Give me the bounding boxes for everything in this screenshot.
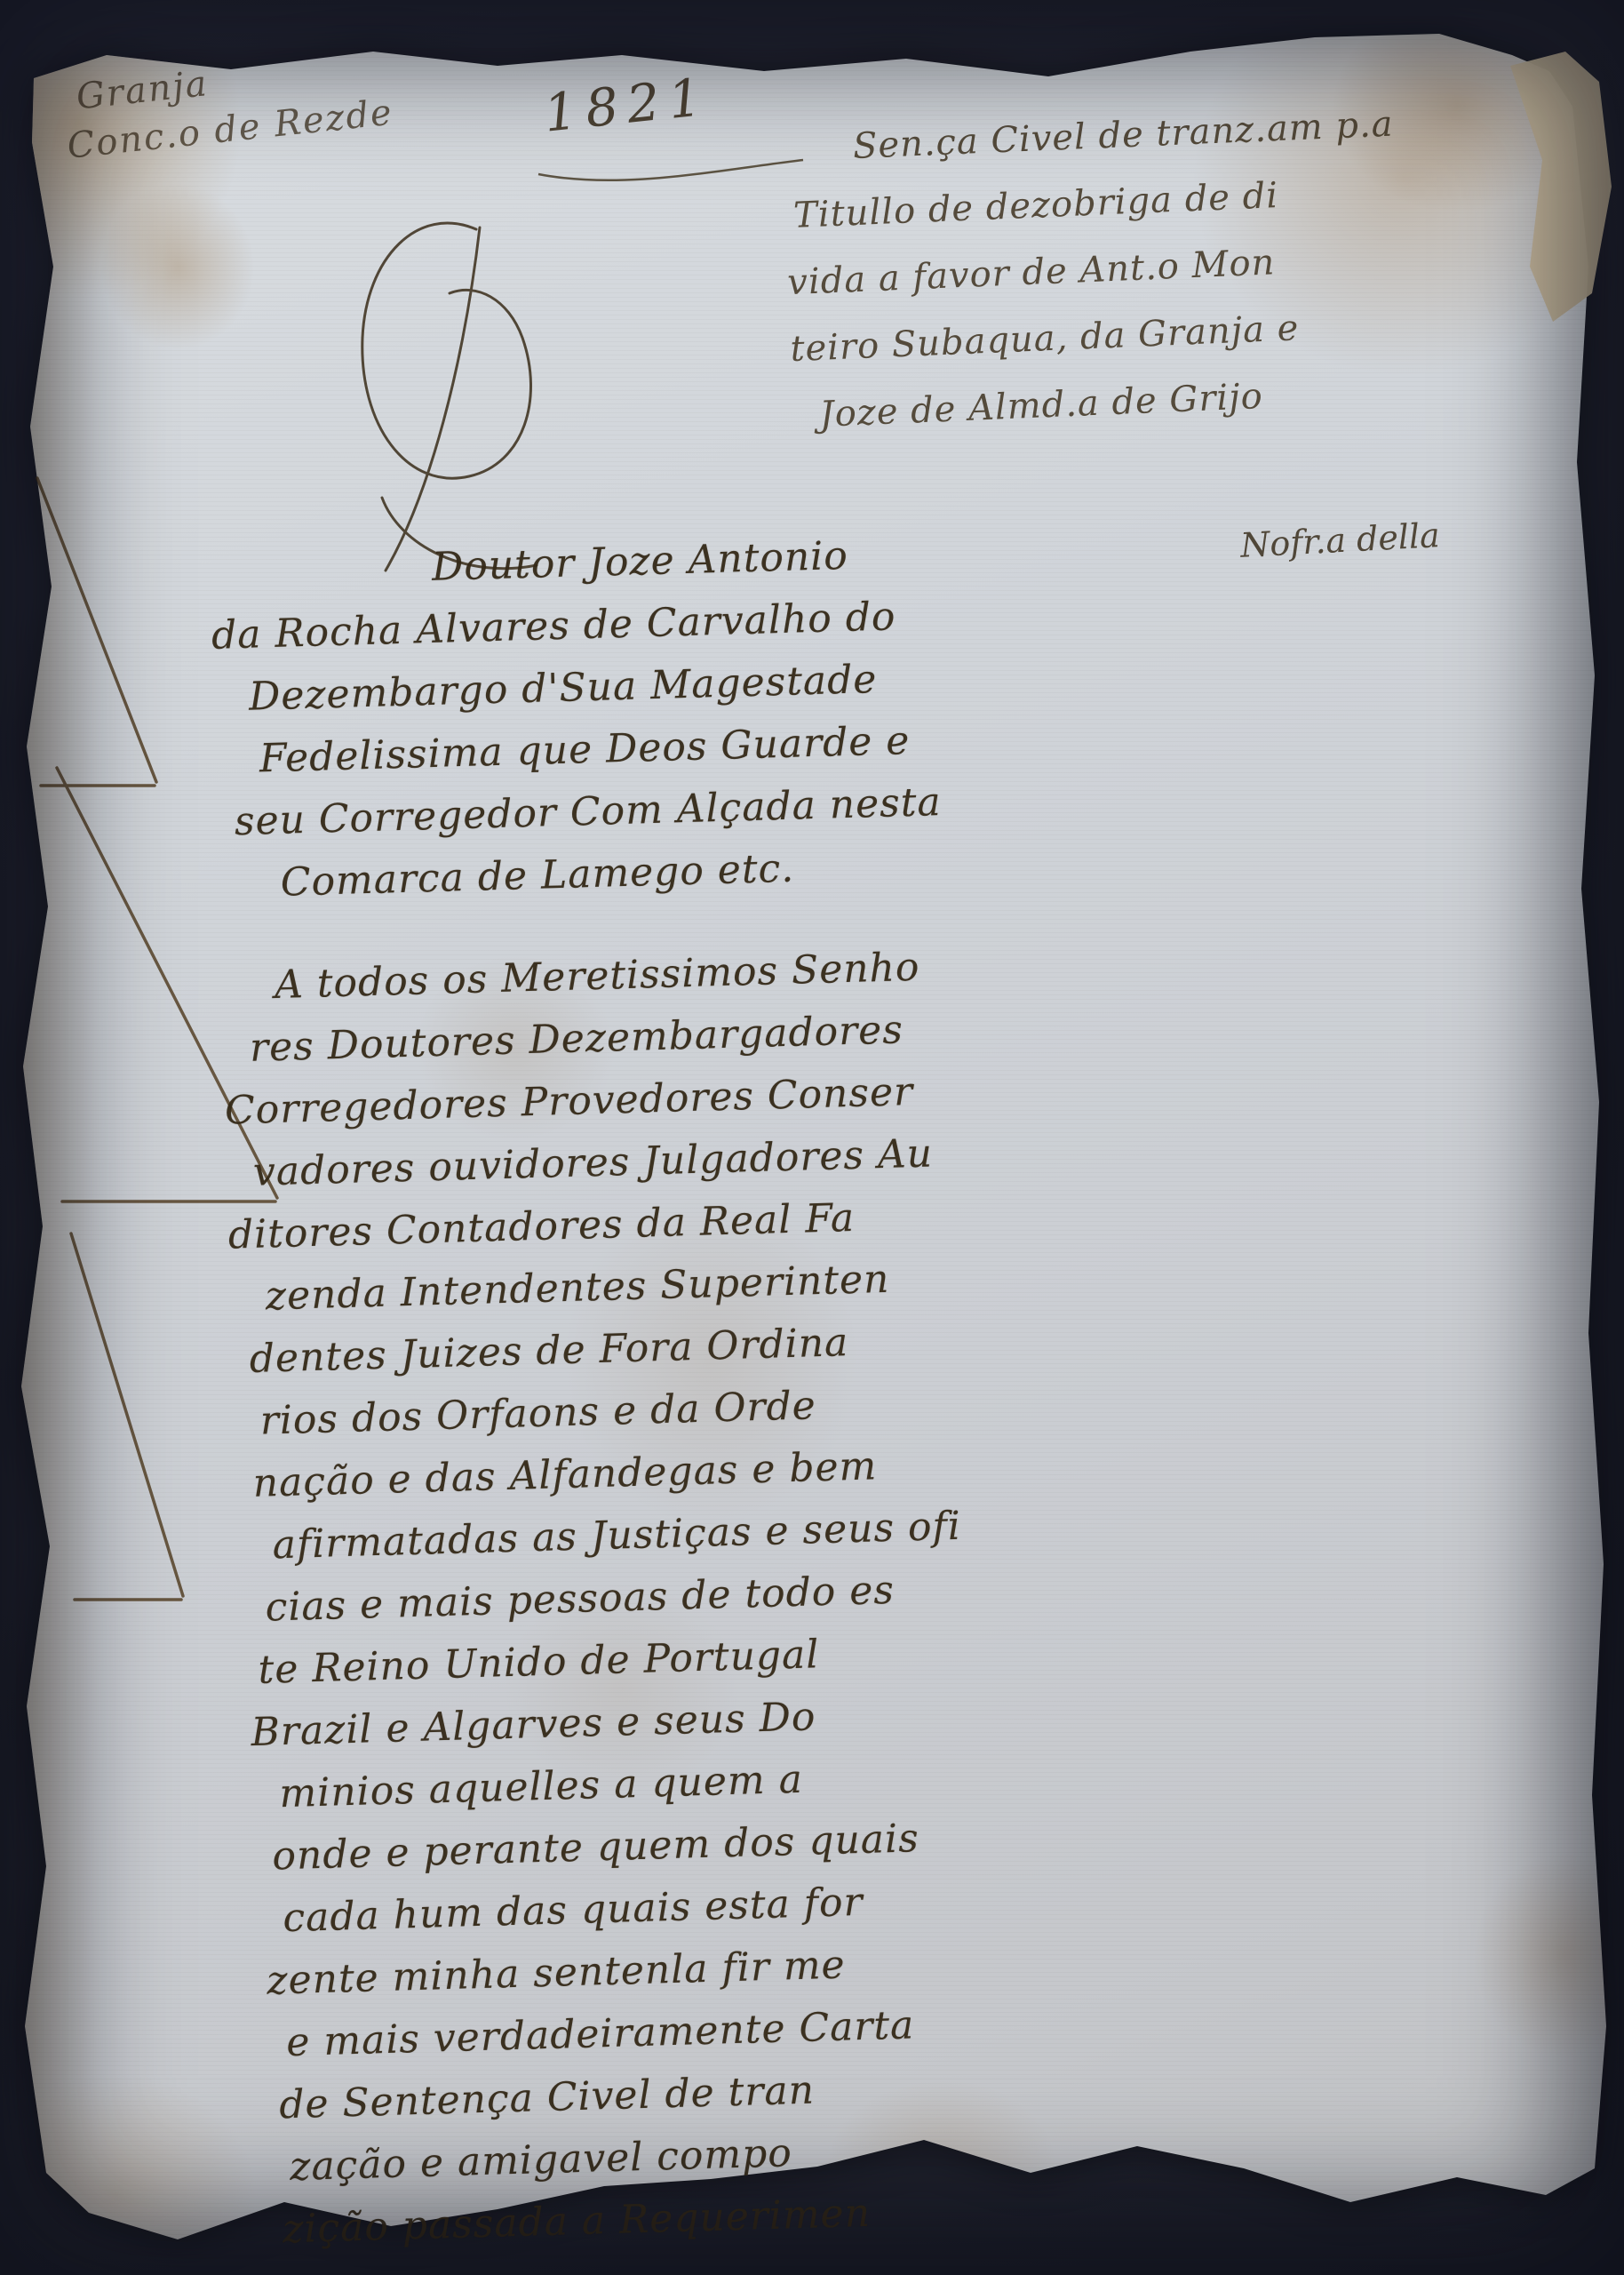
photo-stage: Granja Conc.o de Rezde 1821 Sen.ça Civel… bbox=[0, 0, 1624, 2275]
body-text-block: Doutor Joze Antonioda Rocha Alvares de C… bbox=[209, 517, 1181, 2262]
docket-block: Sen.ça Civel de tranz.am p.aTitullo de d… bbox=[781, 83, 1612, 450]
